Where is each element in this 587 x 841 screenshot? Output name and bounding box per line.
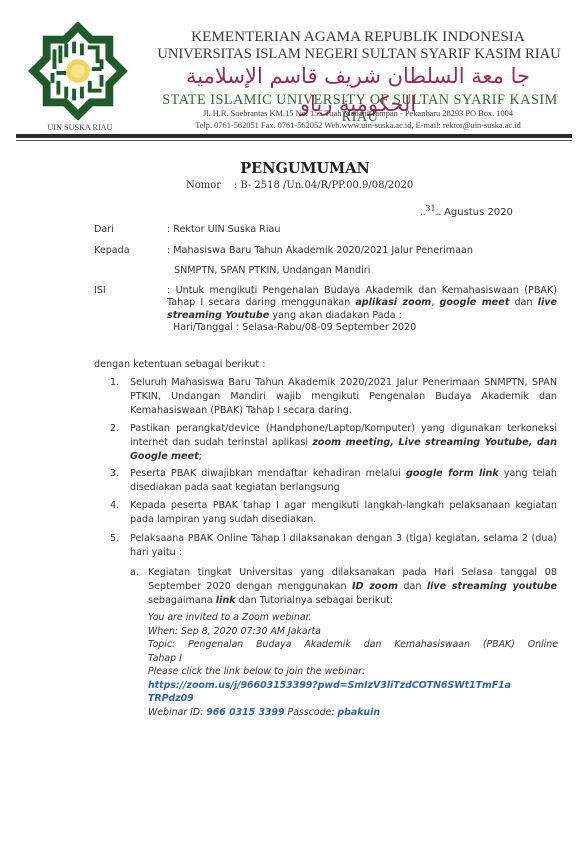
document-number: Nomor : B- 2518 /Un.04/R/PP.00.9/08/2020 xyxy=(186,180,413,191)
field-value-dari: : Rektor UIN Suska Riau xyxy=(167,224,557,236)
letterhead-divider-thin xyxy=(16,140,572,141)
field-label-isi: ISI xyxy=(94,285,106,296)
zoom-invite-line: You are invited to a Zoom webinar. xyxy=(148,611,558,625)
list-item: 3. Peserta PBAK diwajibkan mendaftar keh… xyxy=(110,467,557,495)
date-month-year: Agustus 2020 xyxy=(441,207,513,218)
nomor-value: : B- 2518 /Un.04/R/PP.00.9/08/2020 xyxy=(234,180,413,191)
university-address: Jl. H.R. Soebrantas KM.15 No. 155 Tuah M… xyxy=(148,109,568,118)
list-item: 2. Pastikan perangkat/device (Handphone/… xyxy=(110,422,557,464)
document-date: ..31.. Agustus 2020 xyxy=(420,204,513,218)
letterhead-divider-thick xyxy=(16,134,572,138)
zoom-invitation: You are invited to a Zoom webinar. When:… xyxy=(148,611,558,719)
field-value-kepada: : Mahasiswa Baru Tahun Akademik 2020/202… xyxy=(167,245,557,257)
ministry-name: KEMENTERIAN AGAMA REPUBLIK INDONESIA xyxy=(148,28,568,46)
list-item: 5. Pelaksaana PBAK Online Tahap I dilaks… xyxy=(110,532,557,560)
zoom-when: When: Sep 8, 2020 07:30 AM Jakarta xyxy=(148,625,558,639)
nomor-label: Nomor xyxy=(186,180,221,191)
field-value-isi: : Untuk mengikuti Pengenalan Budaya Akad… xyxy=(167,285,557,335)
list-item: 4. Kepada peserta PBAK tahap I agar meng… xyxy=(110,499,557,527)
passcode: pbakuin xyxy=(337,707,380,718)
list-item: 1. Seluruh Mahasiswa Baru Tahun Akademik… xyxy=(110,376,557,418)
zoom-link[interactable]: https://zoom.us/j/96603153399?pwd=SmIzV3… xyxy=(148,679,558,706)
webinar-id: 966 0315 3399 xyxy=(206,707,284,718)
intro-text: dengan ketentuan sebagai berikut : xyxy=(94,359,265,370)
field-label-kepada: Kepada xyxy=(94,245,130,256)
university-contact: Telp. 0761-562051 Fax. 0761-562052 Web.w… xyxy=(148,121,568,130)
field-value-kepada-line2: SNMPTN, SPAN PTKIN, Undangan Mandiri xyxy=(174,265,564,277)
logo-caption: UIN SUSKA RIAU xyxy=(40,123,120,132)
sub-list-item: a. Kegiatan tingkat Universitas yang dil… xyxy=(130,566,557,608)
university-name: UNIVERSITAS ISLAM NEGERI SULTAN SYARIF K… xyxy=(145,46,573,63)
field-label-dari: Dari xyxy=(94,224,114,235)
document-title: PENGUMUMAN xyxy=(200,160,410,177)
university-logo-icon xyxy=(28,22,128,120)
zoom-topic-cont: Tahap I xyxy=(148,652,558,666)
zoom-topic: Topic: Pengenalan Budaya Akademik dan Ke… xyxy=(148,638,558,652)
date-day: 31 xyxy=(425,204,435,213)
zoom-credentials: Webinar ID: 966 0315 3399 Passcode: pbak… xyxy=(148,706,558,720)
zoom-instruction: Please click the link below to join the … xyxy=(148,665,558,679)
